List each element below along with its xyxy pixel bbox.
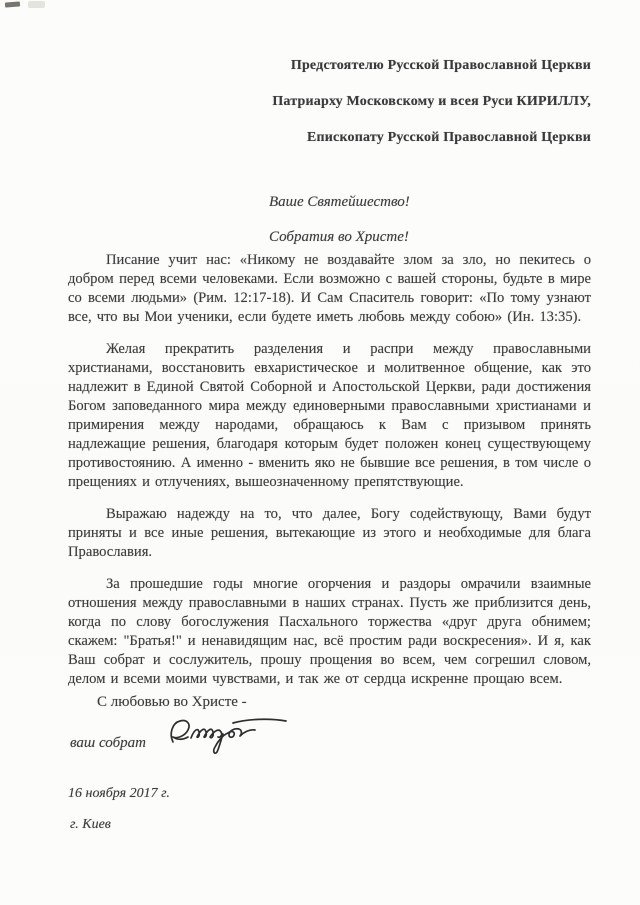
recipient-line-1: Предстоятелю Русской Православной Церкви: [272, 58, 591, 74]
scan-artifact-light: [28, 1, 45, 8]
paragraph-hope: Выражаю надежду на то, что далее, Богу с…: [68, 505, 591, 562]
recipient-line-2: Патриарху Московскому и всея Руси КИРИЛЛ…: [272, 94, 591, 110]
salutation-line-1: Ваше Святейшество!: [269, 194, 410, 211]
signature-handwriting-icon: [165, 710, 300, 758]
recipient-block: Предстоятелю Русской Православной Церкви…: [272, 58, 591, 166]
recipient-line-3: Епископату Русской Православной Церкви: [272, 130, 591, 146]
salutation-line-2: Собратия во Христе!: [269, 229, 410, 246]
paragraph-scripture: Писание учит нас: «Никому не воздавайте …: [68, 251, 591, 327]
letter-date: 16 ноября 2017 г.: [68, 786, 170, 802]
paragraph-appeal: Желая прекратить разделения и распри меж…: [68, 340, 591, 492]
scan-artifact-dark: [5, 1, 20, 7]
paragraph-forgiveness: За прошедшие годы многие огорчения и раз…: [68, 575, 591, 689]
letter-body: Писание учит нас: «Никому не воздавайте …: [68, 251, 591, 702]
valediction: С любовью во Христе -: [97, 694, 247, 711]
letter-page: Предстоятелю Русской Православной Церкви…: [0, 0, 640, 905]
signoff-label: ваш собрат: [70, 735, 146, 752]
letter-place: г. Киев: [70, 817, 111, 833]
